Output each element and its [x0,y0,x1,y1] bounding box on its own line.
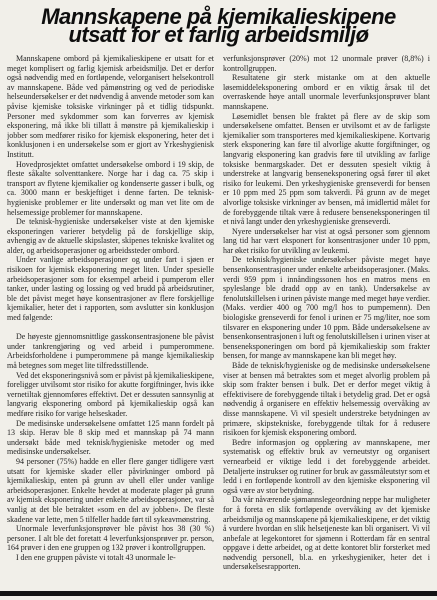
paragraph: Nyere undersøkelser har vist at også per… [223,227,430,256]
page-title: Mannskapene på kjemikalieskipene utsatt … [7,8,430,44]
paragraph: 94 personer (75%) hadde en eller flere g… [7,457,214,524]
paragraph: Bedre informasjon og opplæring av mannsk… [223,438,430,496]
paragraph: verfunksjonsprøver (20%) mot 12 unormale… [223,54,430,73]
paragraph: I den ene gruppen påviste vi totalt 43 u… [7,553,214,563]
article-page: Mannskapene på kjemikalieskipene utsatt … [0,0,437,600]
paragraph: Løsemidlet bensen ble fraktet på flere a… [223,112,430,227]
paragraph: Under vanlige arbeidsoperasjoner og unde… [7,255,214,322]
paragraph: Da vår nåværende sjømannslegeordning nep… [223,495,430,572]
paragraph: De høyeste gjennomsnittlige gasskonsentr… [7,332,214,370]
paragraph: De teknisk/hygieniske undersøkelser påvi… [223,255,430,361]
right-column: verfunksjonsprøver (20%) mot 12 unormale… [223,54,430,588]
paragraph: De medisinske undersøkelsene omfattet 12… [7,419,214,457]
article-body: Mannskapene ombord på kjemikalieskipene … [7,54,430,588]
paragraph: Unormale leverfunksjonsprøver ble påvist… [7,524,214,553]
paragraph: Mannskapene ombord på kjemikalieskipene … [7,54,214,160]
paragraph: Både de teknisk/hygieniske og de medisin… [223,361,430,438]
page-title-line2: utsatt for et farlig arbeidsmiljø [7,26,430,44]
paragraph: Resultatene gir sterk mistanke om at den… [223,73,430,111]
paragraph: De teknisk-hygieniske undersøkelser vist… [7,217,214,255]
paragraph: Ved det eksponeringsnivå som er påvist p… [7,371,214,419]
bottom-rule [0,591,437,596]
paragraph: Hovedprosjektet omfattet undersøkelse om… [7,160,214,218]
left-column: Mannskapene ombord på kjemikalieskipene … [7,54,214,588]
